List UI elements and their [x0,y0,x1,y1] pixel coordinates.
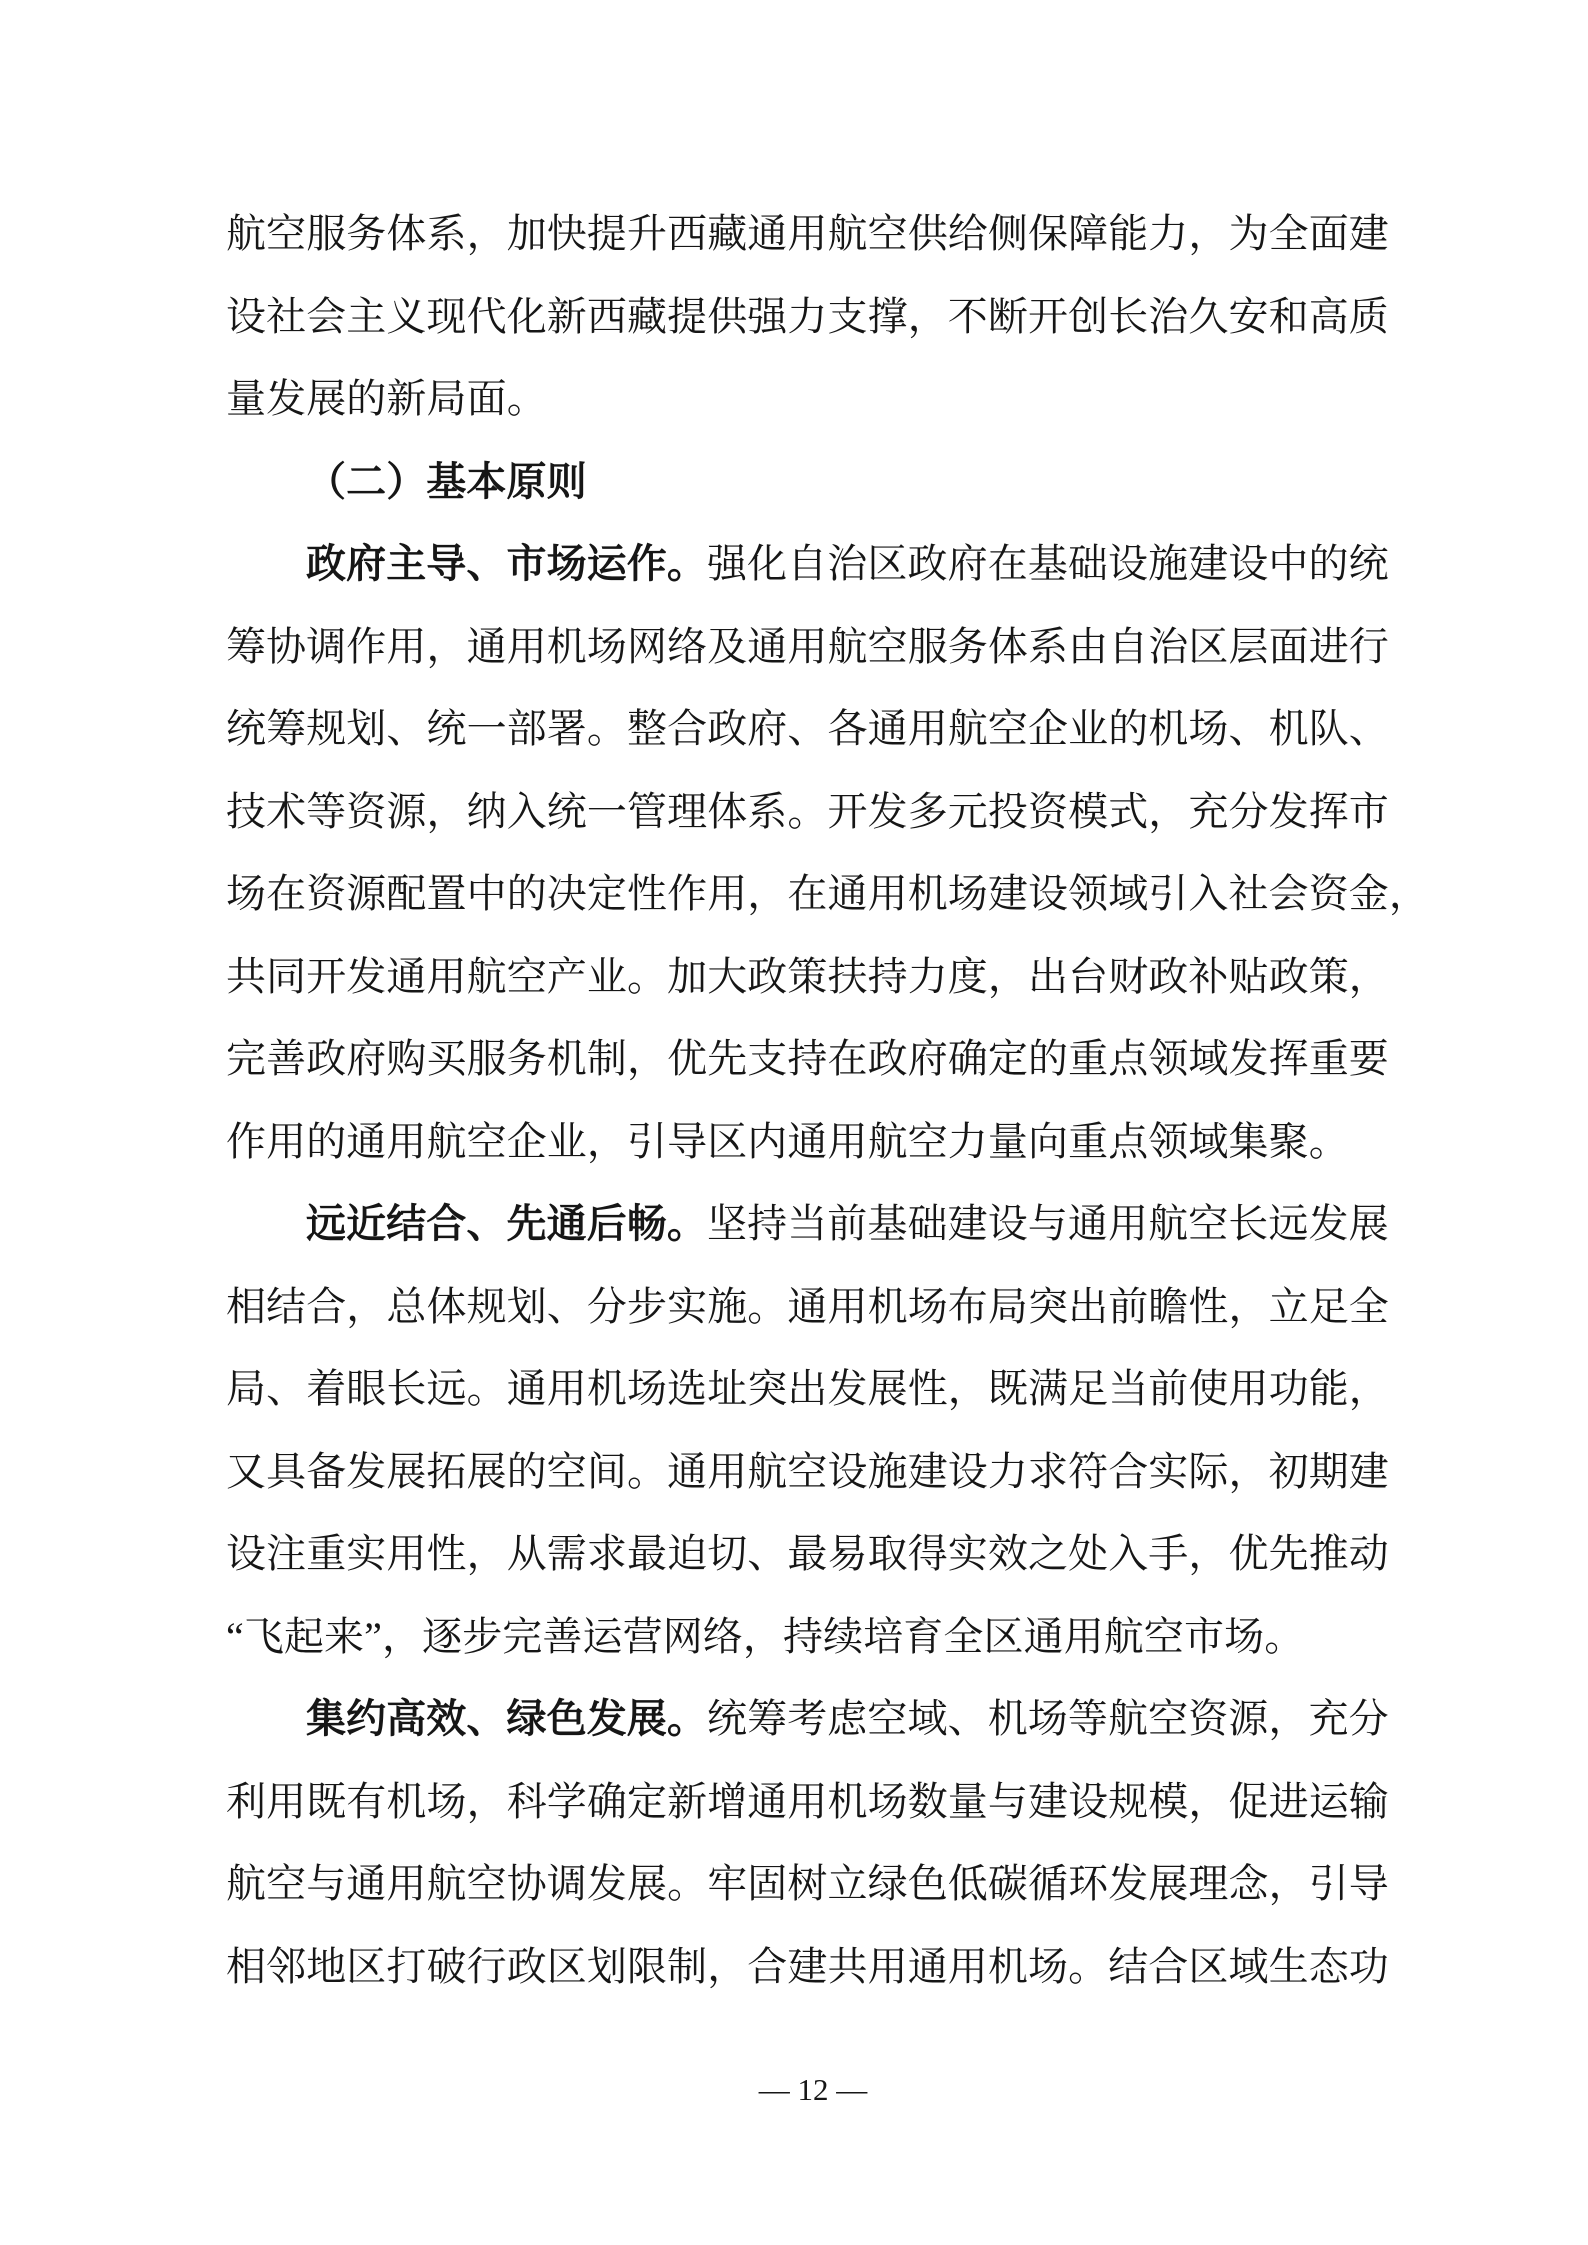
text-line: 相邻地区打破行政区划限制，合建共用通用机场。结合区域生态功 [226,1926,1392,2009]
text-segment: 完善政府购买服务机制，优先支持在政府确定的重点领域发挥重要 [226,1036,1389,1081]
text-line: 设注重实用性，从需求最迫切、最易取得实效之处入手，优先推动 [226,1513,1392,1596]
emphasis-segment: 政府主导、市场运作。 [306,541,707,586]
text-line: 政府主导、市场运作。强化自治区政府在基础设施建设中的统 [226,523,1392,606]
text-line: 远近结合、先通后畅。坚持当前基础建设与通用航空长远发展 [226,1183,1392,1266]
text-line: 统筹规划、统一部署。整合政府、各通用航空企业的机场、机队、 [226,688,1392,771]
text-line: 共同开发通用航空产业。加大政策扶持力度，出台财政补贴政策， [226,936,1392,1019]
text-line: 场在资源配置中的决定性作用，在通用机场建设领域引入社会资金， [226,853,1392,936]
text-segment: 强化自治区政府在基础设施建设中的统 [707,541,1389,586]
text-line: 设社会主义现代化新西藏提供强力支撑，不断开创长治久安和高质 [226,276,1392,359]
text-line: 量发展的新局面。 [226,358,1392,441]
text-line: 技术等资源，纳入统一管理体系。开发多元投资模式，充分发挥市 [226,771,1392,854]
text-line: 又具备发展拓展的空间。通用航空设施建设力求符合实际，初期建 [226,1431,1392,1514]
document-page: 航空服务体系，加快提升西藏通用航空供给侧保障能力，为全面建设社会主义现代化新西藏… [0,0,1588,2245]
text-segment: 航空服务体系，加快提升西藏通用航空供给侧保障能力，为全面建 [226,211,1389,256]
text-segment: 相结合，总体规划、分步实施。通用机场布局突出前瞻性，立足全 [226,1284,1389,1329]
text-segment: 共同开发通用航空产业。加大政策扶持力度，出台财政补贴政策， [226,954,1389,999]
text-line: 局、着眼长远。通用机场选址突出发展性，既满足当前使用功能， [226,1348,1392,1431]
emphasis-segment: （二）基本原则 [306,459,587,504]
text-segment: 利用既有机场，科学确定新增通用机场数量与建设规模，促进运输 [226,1779,1389,1824]
text-line: 完善政府购买服务机制，优先支持在政府确定的重点领域发挥重要 [226,1018,1392,1101]
page-number: — 12 — [759,2072,868,2107]
text-segment: 场在资源配置中的决定性作用，在通用机场建设领域引入社会资金， [226,871,1429,916]
text-segment: 作用的通用航空企业，引导区内通用航空力量向重点领域集聚。 [226,1119,1349,1164]
text-line: （二）基本原则 [226,441,1392,524]
text-segment: 又具备发展拓展的空间。通用航空设施建设力求符合实际，初期建 [226,1449,1389,1494]
text-line: 利用既有机场，科学确定新增通用机场数量与建设规模，促进运输 [226,1761,1392,1844]
text-line: 航空服务体系，加快提升西藏通用航空供给侧保障能力，为全面建 [226,193,1392,276]
text-segment: 局、着眼长远。通用机场选址突出发展性，既满足当前使用功能， [226,1366,1389,1411]
text-segment: 相邻地区打破行政区划限制，合建共用通用机场。结合区域生态功 [226,1944,1389,1989]
text-line: 航空与通用航空协调发展。牢固树立绿色低碳循环发展理念，引导 [226,1843,1392,1926]
text-segment: 航空与通用航空协调发展。牢固树立绿色低碳循环发展理念，引导 [226,1861,1389,1906]
text-segment: 统筹规划、统一部署。整合政府、各通用航空企业的机场、机队、 [226,706,1389,751]
emphasis-segment: 集约高效、绿色发展。 [306,1696,707,1741]
text-segment: 筹协调作用，通用机场网络及通用航空服务体系由自治区层面进行 [226,624,1389,669]
text-line: 筹协调作用，通用机场网络及通用航空服务体系由自治区层面进行 [226,606,1392,689]
document-body: 航空服务体系，加快提升西藏通用航空供给侧保障能力，为全面建设社会主义现代化新西藏… [226,193,1392,2008]
text-segment: “飞起来”，逐步完善运营网络，持续培育全区通用航空市场。 [226,1614,1304,1659]
emphasis-segment: 远近结合、先通后畅。 [306,1201,707,1246]
text-segment: 设社会主义现代化新西藏提供强力支撑，不断开创长治久安和高质 [226,294,1389,339]
text-segment: 量发展的新局面。 [226,376,547,421]
text-segment: 设注重实用性，从需求最迫切、最易取得实效之处入手，优先推动 [226,1531,1389,1576]
text-line: “飞起来”，逐步完善运营网络，持续培育全区通用航空市场。 [226,1596,1392,1679]
text-segment: 统筹考虑空域、机场等航空资源，充分 [707,1696,1389,1741]
text-segment: 技术等资源，纳入统一管理体系。开发多元投资模式，充分发挥市 [226,789,1389,834]
text-segment: 坚持当前基础建设与通用航空长远发展 [707,1201,1389,1246]
text-line: 相结合，总体规划、分步实施。通用机场布局突出前瞻性，立足全 [226,1266,1392,1349]
page-footer: — 12 — [19,2070,1588,2110]
text-line: 作用的通用航空企业，引导区内通用航空力量向重点领域集聚。 [226,1101,1392,1184]
text-line: 集约高效、绿色发展。统筹考虑空域、机场等航空资源，充分 [226,1678,1392,1761]
